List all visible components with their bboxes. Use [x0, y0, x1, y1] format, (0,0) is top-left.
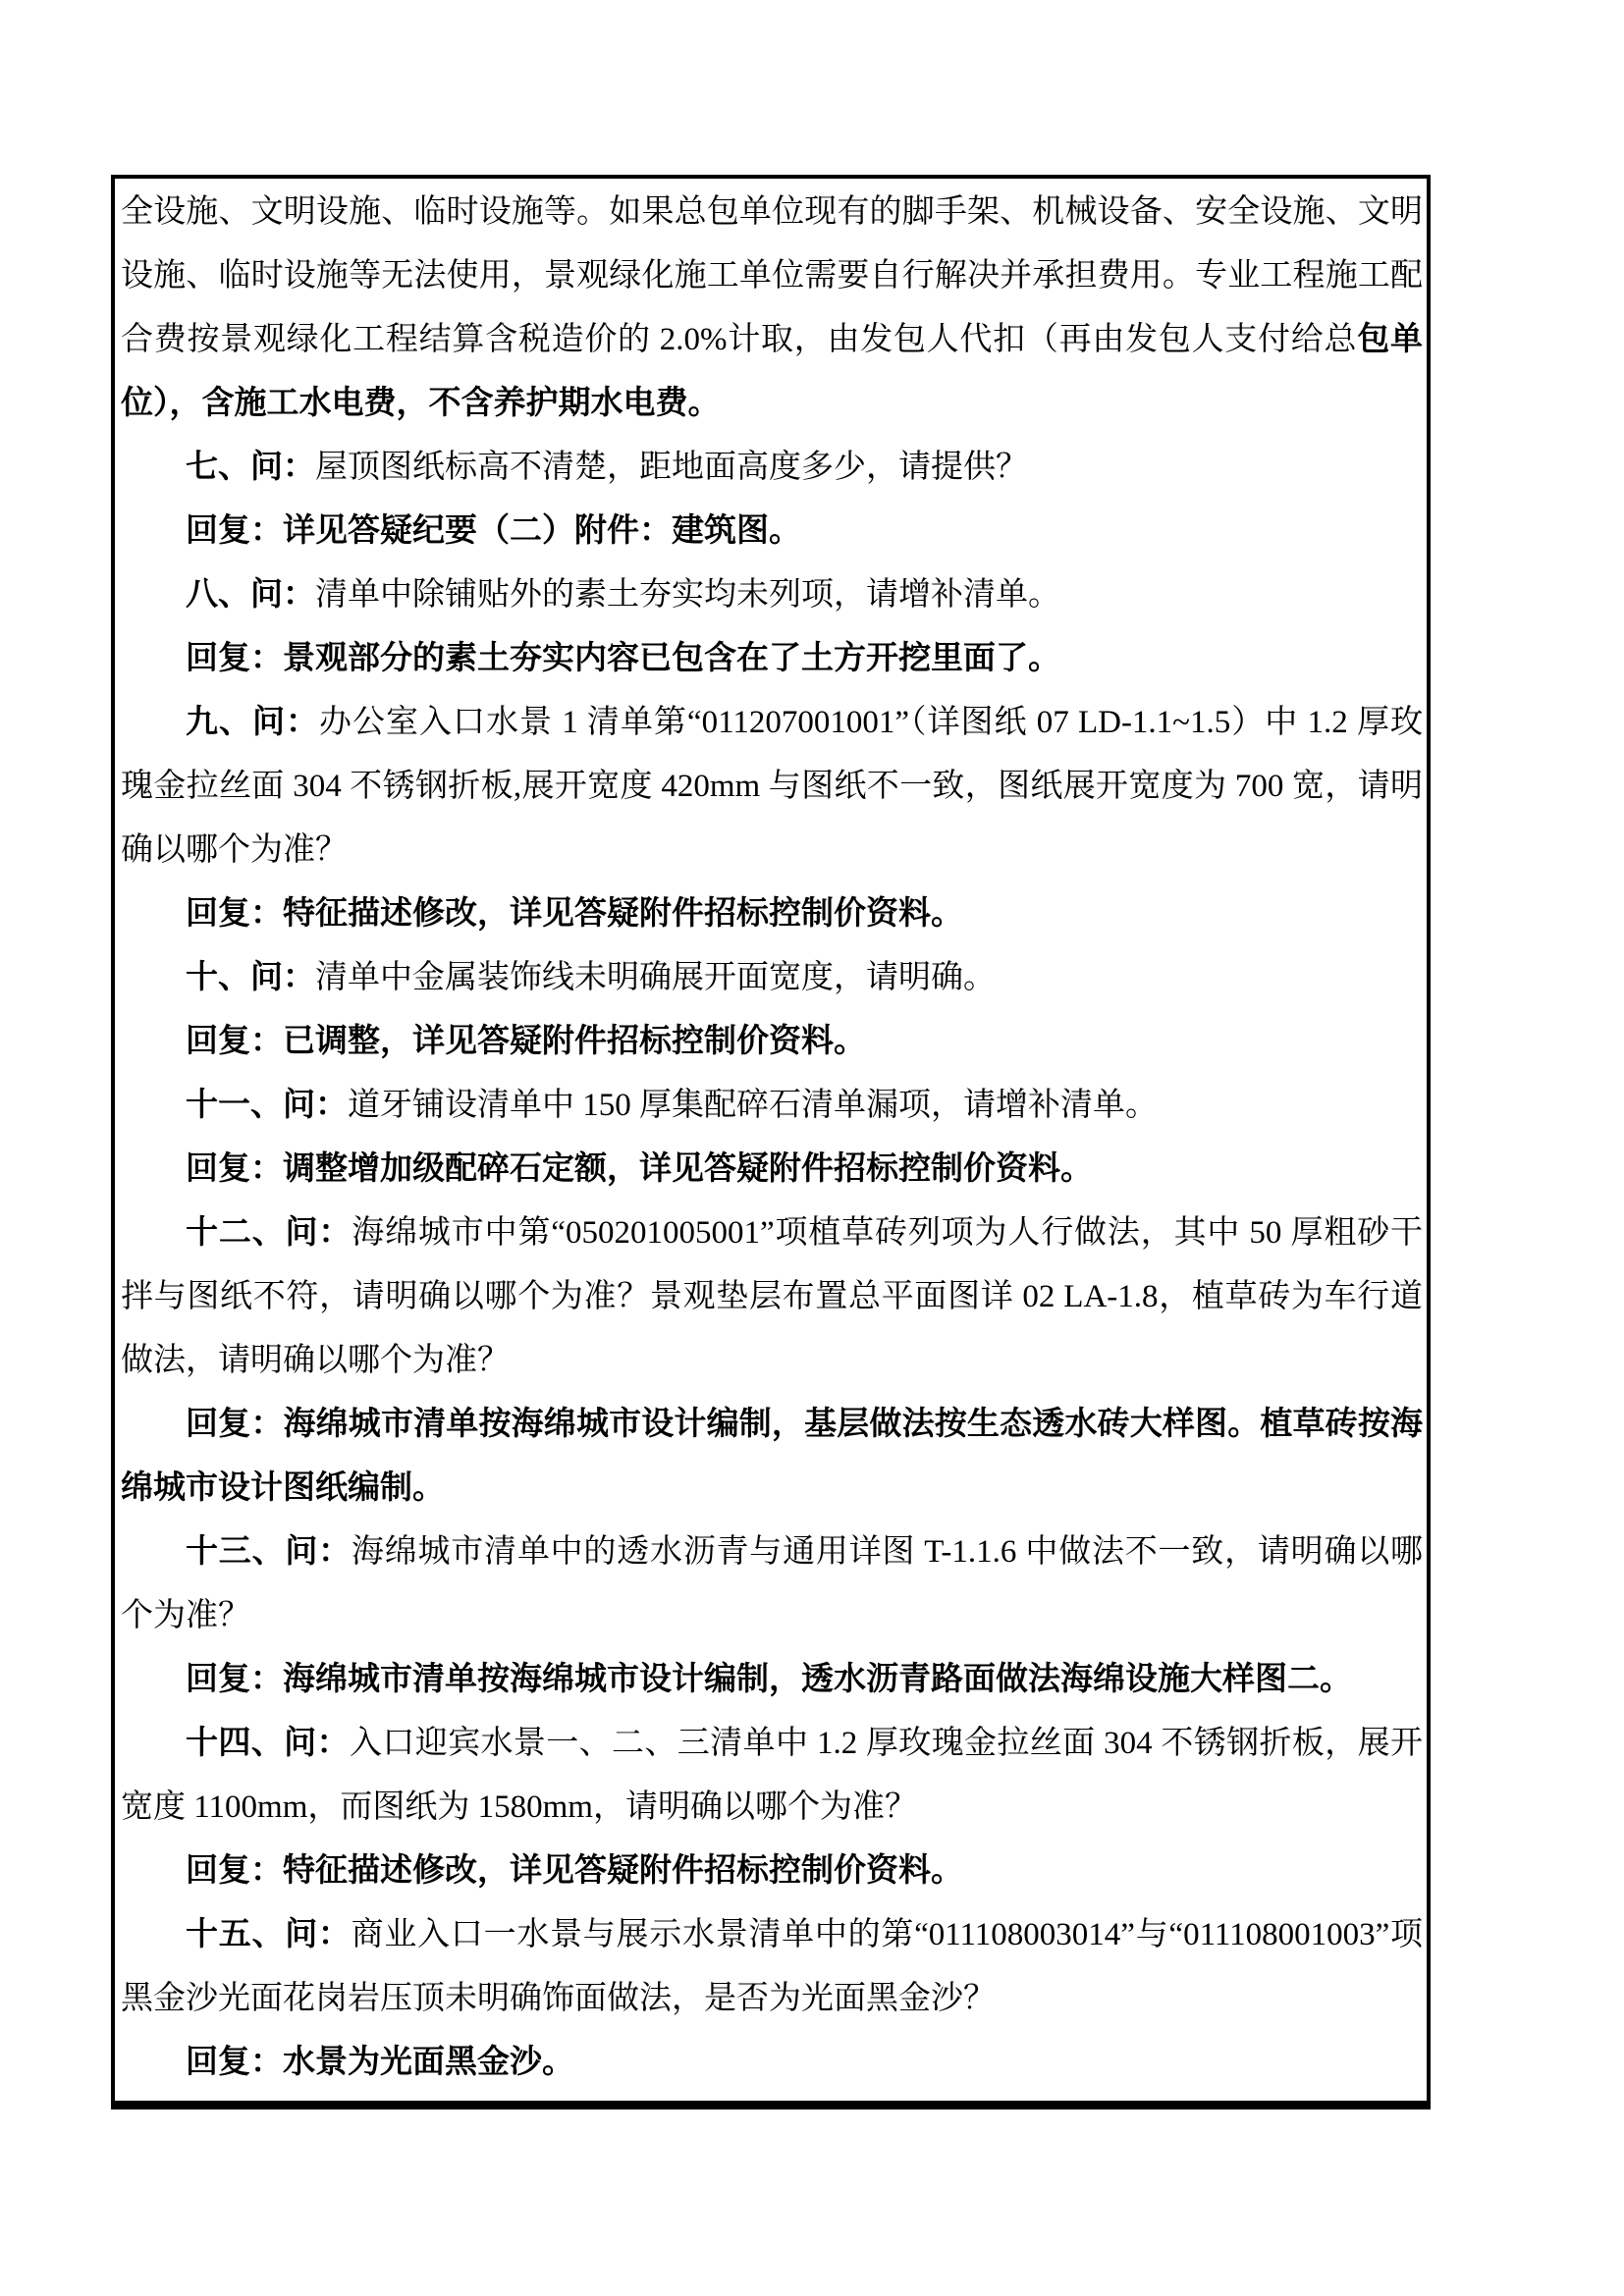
text-segment-bold: 回复：水景为光面黑金沙。 — [186, 2045, 574, 2080]
text-segment-bold: 九、问： — [186, 705, 319, 740]
text-segment-bold: 回复：已调整，详见答疑附件招标控制价资料。 — [186, 1024, 866, 1059]
qa-paragraph: 十、问：清单中金属装饰线未明确展开面宽度，请明确。 — [121, 946, 1423, 1010]
text-segment-bold: 回复：特征描述修改，详见答疑附件招标控制价资料。 — [186, 896, 963, 932]
text-segment-bold: 十一、问： — [186, 1088, 348, 1123]
qa-paragraph: 九、问：办公室入口水景 1 清单第“011207001001”（详图纸 07 L… — [121, 691, 1423, 882]
text-segment: 道牙铺设清单中 150 厚集配碎石清单漏项，请增补清单。 — [348, 1088, 1158, 1123]
qa-paragraph: 回复：特征描述修改，详见答疑附件招标控制价资料。 — [121, 1840, 1423, 1903]
text-segment: 屋顶图纸标高不清楚，距地面高度多少，请提供？ — [315, 450, 1028, 485]
qa-paragraph: 十一、问：道牙铺设清单中 150 厚集配碎石清单漏项，请增补清单。 — [121, 1074, 1423, 1138]
qa-paragraph: 全设施、文明设施、临时设施等。如果总包单位现有的脚手架、机械设备、安全设施、文明… — [121, 181, 1423, 436]
qa-paragraph: 十五、问：商业入口一水景与展示水景清单中的第“011108003014”与“01… — [121, 1903, 1423, 2031]
qa-paragraph: 回复：特征描述修改，详见答疑附件招标控制价资料。 — [121, 882, 1423, 946]
text-segment-bold: 回复：景观部分的素土夯实内容已包含在了土方开挖里面了。 — [186, 641, 1060, 676]
text-segment-bold: 回复：海绵城市清单按海绵城市设计编制，透水沥青路面做法海绵设施大样图二。 — [186, 1662, 1352, 1697]
qa-paragraph: 回复：海绵城市清单按海绵城市设计编制，透水沥青路面做法海绵设施大样图二。 — [121, 1648, 1423, 1712]
qa-paragraph: 十三、问：海绵城市清单中的透水沥青与通用详图 T-1.1.6 中做法不一致，请明… — [121, 1521, 1423, 1648]
text-segment-bold: 十、问： — [186, 960, 315, 995]
qa-paragraph: 八、问：清单中除铺贴外的素土夯实均未列项，请增补清单。 — [121, 563, 1423, 627]
qa-paragraph: 回复：调整增加级配碎石定额，详见答疑附件招标控制价资料。 — [121, 1138, 1423, 1201]
text-segment-bold: 七、问： — [186, 450, 315, 485]
text-segment-bold: 回复：详见答疑纪要（二）附件：建筑图。 — [186, 513, 801, 549]
qa-paragraph: 回复：海绵城市清单按海绵城市设计编制，基层做法按生态透水砖大样图。植草砖按海绵城… — [121, 1393, 1423, 1521]
text-segment: 全设施、文明设施、临时设施等。如果总包单位现有的脚手架、机械设备、安全设施、文明… — [121, 194, 1423, 357]
text-segment-bold: 十四、问： — [186, 1726, 350, 1761]
text-segment-bold: 十二、问： — [186, 1215, 352, 1251]
text-segment: 清单中除铺贴外的素土夯实均未列项，请增补清单。 — [315, 577, 1060, 613]
qa-border-box: 全设施、文明设施、临时设施等。如果总包单位现有的脚手架、机械设备、安全设施、文明… — [111, 175, 1431, 2109]
text-segment-bold: 十三、问： — [186, 1534, 352, 1570]
qa-paragraph: 回复：已调整，详见答疑附件招标控制价资料。 — [121, 1010, 1423, 1074]
text-segment-bold: 回复：特征描述修改，详见答疑附件招标控制价资料。 — [186, 1853, 963, 1889]
qa-paragraph: 七、问：屋顶图纸标高不清楚，距地面高度多少，请提供？ — [121, 436, 1423, 500]
qa-paragraph: 回复：详见答疑纪要（二）附件：建筑图。 — [121, 500, 1423, 563]
qa-paragraph: 十二、问：海绵城市中第“050201005001”项植草砖列项为人行做法，其中 … — [121, 1201, 1423, 1393]
qa-paragraph: 十四、问：入口迎宾水景一、二、三清单中 1.2 厚玫瑰金拉丝面 304 不锈钢折… — [121, 1712, 1423, 1840]
text-segment-bold: 八、问： — [186, 577, 315, 613]
document-page: 全设施、文明设施、临时设施等。如果总包单位现有的脚手架、机械设备、安全设施、文明… — [0, 0, 1624, 2296]
text-segment-bold: 回复：调整增加级配碎石定额，详见答疑附件招标控制价资料。 — [186, 1151, 1093, 1187]
text-segment-bold: 十五、问： — [186, 1917, 352, 1952]
text-segment: 清单中金属装饰线未明确展开面宽度，请明确。 — [315, 960, 996, 995]
text-segment-bold: 回复：海绵城市清单按海绵城市设计编制，基层做法按生态透水砖大样图。植草砖按海绵城… — [121, 1407, 1423, 1506]
qa-paragraph: 回复：水景为光面黑金沙。 — [121, 2031, 1423, 2095]
qa-paragraph: 回复：景观部分的素土夯实内容已包含在了土方开挖里面了。 — [121, 627, 1423, 691]
